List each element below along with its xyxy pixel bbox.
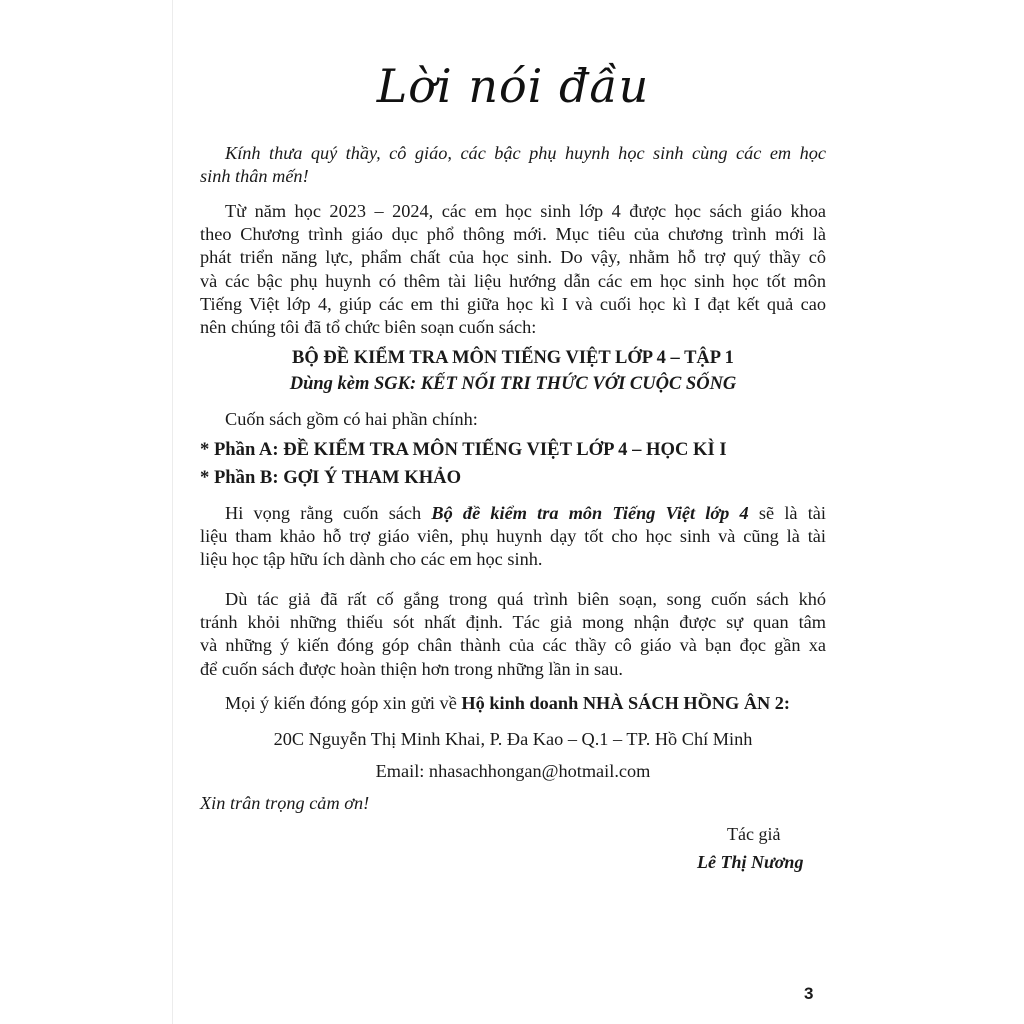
contact-line: Mọi ý kiến đóng góp xin gửi về Hộ kinh d… [200, 692, 826, 715]
paragraph-line: nên chúng tôi đã tổ chức biên soạn cuốn … [200, 316, 826, 339]
contact-text: Mọi ý kiến đóng góp xin gửi về Hộ kinh d… [200, 692, 826, 715]
parts-intro-text: Cuốn sách gồm có hai phần chính: [200, 408, 826, 431]
part-b-prefix: * Phần B: [200, 467, 283, 488]
text-run: sẽ là tài [749, 503, 826, 523]
greeting-line: Kính thưa quý thầy, cô giáo, các bậc phụ… [200, 142, 826, 165]
page-number: 3 [804, 984, 813, 1004]
paragraph-line: tránh khỏi những thiếu sót nhất định. Tá… [200, 611, 826, 634]
paragraph-line: theo Chương trình giáo dục phổ thông mới… [200, 223, 826, 246]
paragraph-line: phát triển năng lực, phẩm chất của học s… [200, 246, 826, 269]
paragraph-apology: Dù tác giả đã rất cố gắng trong quá trìn… [200, 588, 826, 681]
paragraph-hope: Hi vọng rằng cuốn sách Bộ đề kiểm tra mô… [200, 502, 826, 572]
part-a-label: ĐỀ KIỂM TRA MÔN TIẾNG VIỆT LỚP 4 – HỌC K… [283, 439, 726, 460]
part-b-label: GỢI Ý THAM KHẢO [283, 467, 461, 488]
paragraph-line: Hi vọng rằng cuốn sách Bộ đề kiểm tra mô… [200, 502, 826, 525]
paragraph-line: liệu học tập hữu ích dành cho các em học… [200, 548, 826, 571]
parts-intro: Cuốn sách gồm có hai phần chính: [200, 408, 826, 431]
part-a-prefix: * Phần A: [200, 439, 283, 460]
publisher-name: Hộ kinh doanh NHÀ SÁCH HỒNG ÂN 2: [461, 693, 790, 713]
closing: Xin trân trọng cảm ơn! [200, 792, 826, 815]
paragraph-line: Từ năm học 2023 – 2024, các em học sinh … [200, 200, 826, 223]
book-subtitle: Dùng kèm SGK: KẾT NỐI TRI THỨC VỚI CUỘC … [200, 372, 826, 396]
signature-name: Lê Thị Nương [697, 850, 897, 874]
paragraph-line: Tiếng Việt lớp 4, giúp các em thi giữa h… [200, 293, 826, 316]
page-edge [172, 0, 173, 1024]
paragraph-line: và những ý kiến đóng góp chân thành của … [200, 634, 826, 657]
contact-address: 20C Nguyễn Thị Minh Khai, P. Đa Kao – Q.… [200, 728, 826, 751]
paragraph-intro: Từ năm học 2023 – 2024, các em học sinh … [200, 200, 826, 339]
greeting: Kính thưa quý thầy, cô giáo, các bậc phụ… [200, 142, 826, 188]
paragraph-line: để cuốn sách được hoàn thiện hơn trong n… [200, 658, 826, 681]
signature-role: Tác giả [727, 822, 927, 846]
document-page: Lời nói đầu Kính thưa quý thầy, cô giáo,… [200, 0, 826, 1024]
part-a: * Phần A: ĐỀ KIỂM TRA MÔN TIẾNG VIỆT LỚP… [200, 438, 826, 461]
page-title: Lời nói đầu [200, 56, 826, 116]
contact-email: Email: nhasachhongan@hotmail.com [200, 760, 826, 783]
paragraph-line: Dù tác giả đã rất cố gắng trong quá trìn… [200, 588, 826, 611]
text-run: Hi vọng rằng cuốn sách [225, 503, 431, 523]
paragraph-line: và các bậc phụ huynh có thêm tài liệu hư… [200, 270, 826, 293]
paragraph-line: liệu tham khảo hỗ trợ giáo viên, phụ huy… [200, 525, 826, 548]
book-title: BỘ ĐỀ KIỂM TRA MÔN TIẾNG VIỆT LỚP 4 – TẬ… [200, 346, 826, 370]
book-name-emphasis: Bộ đề kiểm tra môn Tiếng Việt lớp 4 [431, 503, 748, 523]
contact-intro: Mọi ý kiến đóng góp xin gửi về [225, 693, 461, 713]
part-b: * Phần B: GỢI Ý THAM KHẢO [200, 466, 826, 489]
greeting-line: sinh thân mến! [200, 165, 826, 188]
